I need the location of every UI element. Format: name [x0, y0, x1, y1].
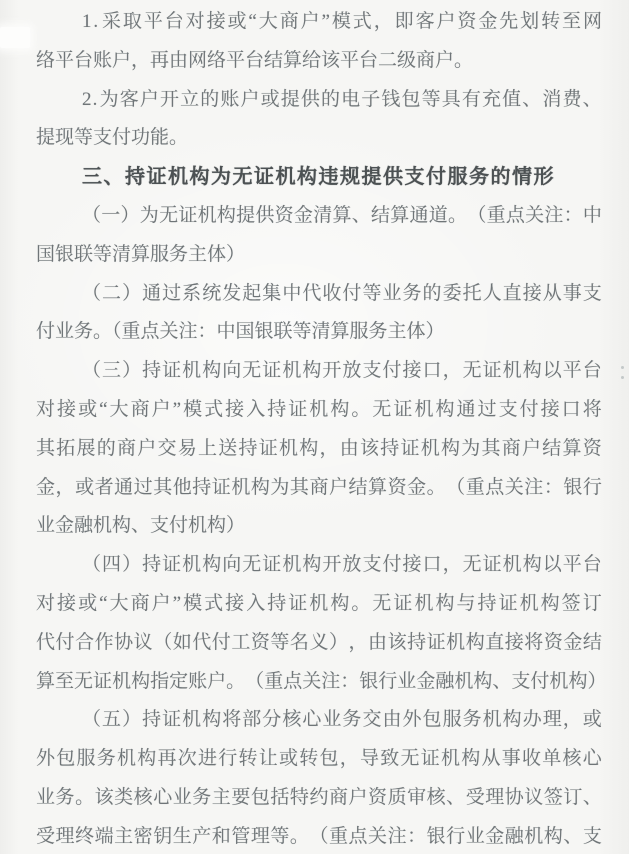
text-line: 付业务。（重点关注：中国银联等清算服务主体） — [36, 313, 602, 352]
text-line: 对接或“大商户”模式接入持证机构。无证机构通过支付接口将 — [36, 391, 602, 430]
text-line: 受理终端主密钥生产和管理等。（重点关注：银行业金融机构、支 — [36, 818, 602, 854]
text-line: 外包服务机构再次进行转让或转包，导致无证机构从事收单核心 — [36, 740, 602, 779]
text-line: （三）持证机构向无证机构开放支付接口，无证机构以平台 — [36, 352, 602, 391]
text-line: （一）为无证机构提供资金清算、结算通道。（重点关注：中 — [36, 197, 602, 236]
text-line: 络平台账户，再由网络平台结算给该平台二级商户。 — [36, 42, 602, 81]
text-line: 国银联等清算服务主体） — [36, 236, 602, 275]
text-line: 其拓展的商户交易上送持证机构，由该持证机构为其商户结算资 — [36, 430, 602, 469]
text-line: 1. 采取平台对接或“大商户”模式，即客户资金先划转至网 — [36, 3, 602, 42]
text-line: 业金融机构、支付机构） — [36, 507, 602, 546]
text-line: 对接或“大商户”模式接入持证机构。无证机构与持证机构签订 — [36, 585, 602, 624]
text-line: （四）持证机构向无证机构开放支付接口，无证机构以平台 — [36, 546, 602, 585]
text-block: 1. 采取平台对接或“大商户”模式，即客户资金先划转至网络平台账户，再由网络平台… — [36, 3, 602, 854]
text-line: （五）持证机构将部分核心业务交由外包服务机构办理，或 — [36, 701, 602, 740]
text-line: （二）通过系统发起集中代收付等业务的委托人直接从事支 — [36, 275, 602, 314]
document-page: 1. 采取平台对接或“大商户”模式，即客户资金先划转至网络平台账户，再由网络平台… — [0, 0, 629, 854]
text-line: 业务。该类核心业务主要包括特约商户资质审核、受理协议签订、 — [36, 779, 602, 818]
text-line: 代付合作协议（如代付工资等名义），由该持证机构直接将资金结 — [36, 624, 602, 663]
text-line: 2. 为客户开立的账户或提供的电子钱包等具有充值、消费、 — [36, 81, 602, 120]
text-line: 算至无证机构指定账户。（重点关注：银行业金融机构、支付机构） — [36, 663, 602, 702]
scan-artifact-left — [0, 27, 30, 48]
scan-artifact-right — [621, 366, 624, 382]
text-line: 金，或者通过其他持证机构为其商户结算资金。（重点关注：银行 — [36, 469, 602, 508]
text-line: 提现等支付功能。 — [36, 119, 602, 158]
section-heading: 三、持证机构为无证机构违规提供支付服务的情形 — [36, 158, 602, 197]
